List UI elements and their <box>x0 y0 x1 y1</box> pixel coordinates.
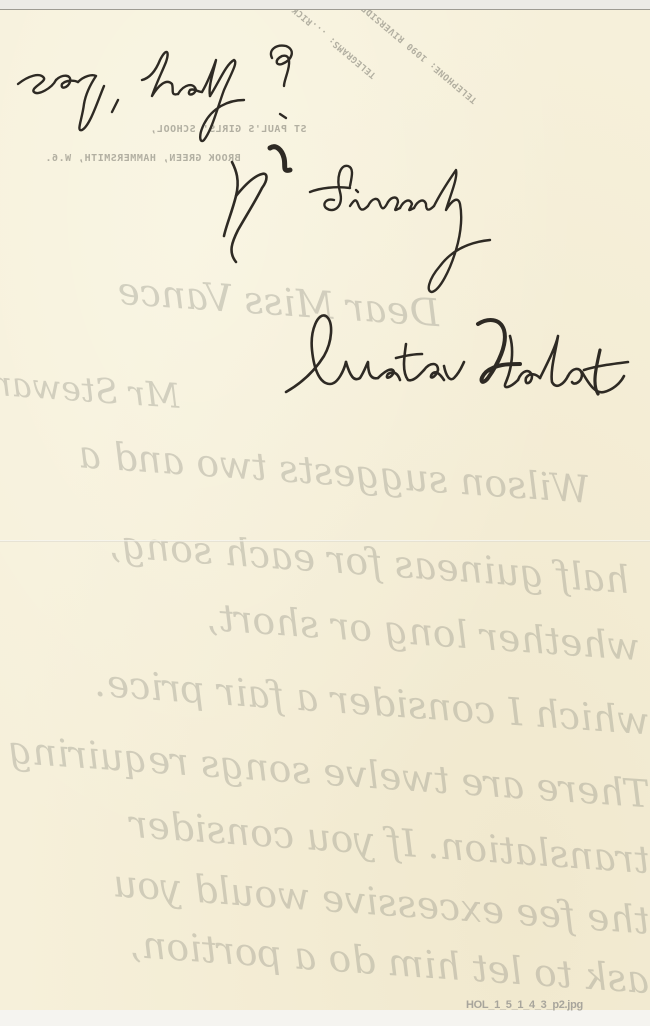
handwriting-holst <box>478 320 628 394</box>
image-filename-caption: HOL_1_5_1_4_3_p2.jpg <box>466 999 583 1011</box>
handwriting-sincerely <box>310 166 490 292</box>
handwriting-question-mark <box>271 46 292 118</box>
handwriting-ink <box>0 10 650 1010</box>
handwriting-yrs <box>224 147 290 262</box>
handwriting-half <box>142 52 244 141</box>
letter-page: Dear Miss Vance Mr Stewart Wilson sugges… <box>0 10 650 1010</box>
handwriting-say <box>18 75 118 130</box>
scan-top-border <box>0 0 650 10</box>
handwriting-gustav <box>286 315 464 392</box>
scan-bottom-border <box>0 1010 650 1026</box>
